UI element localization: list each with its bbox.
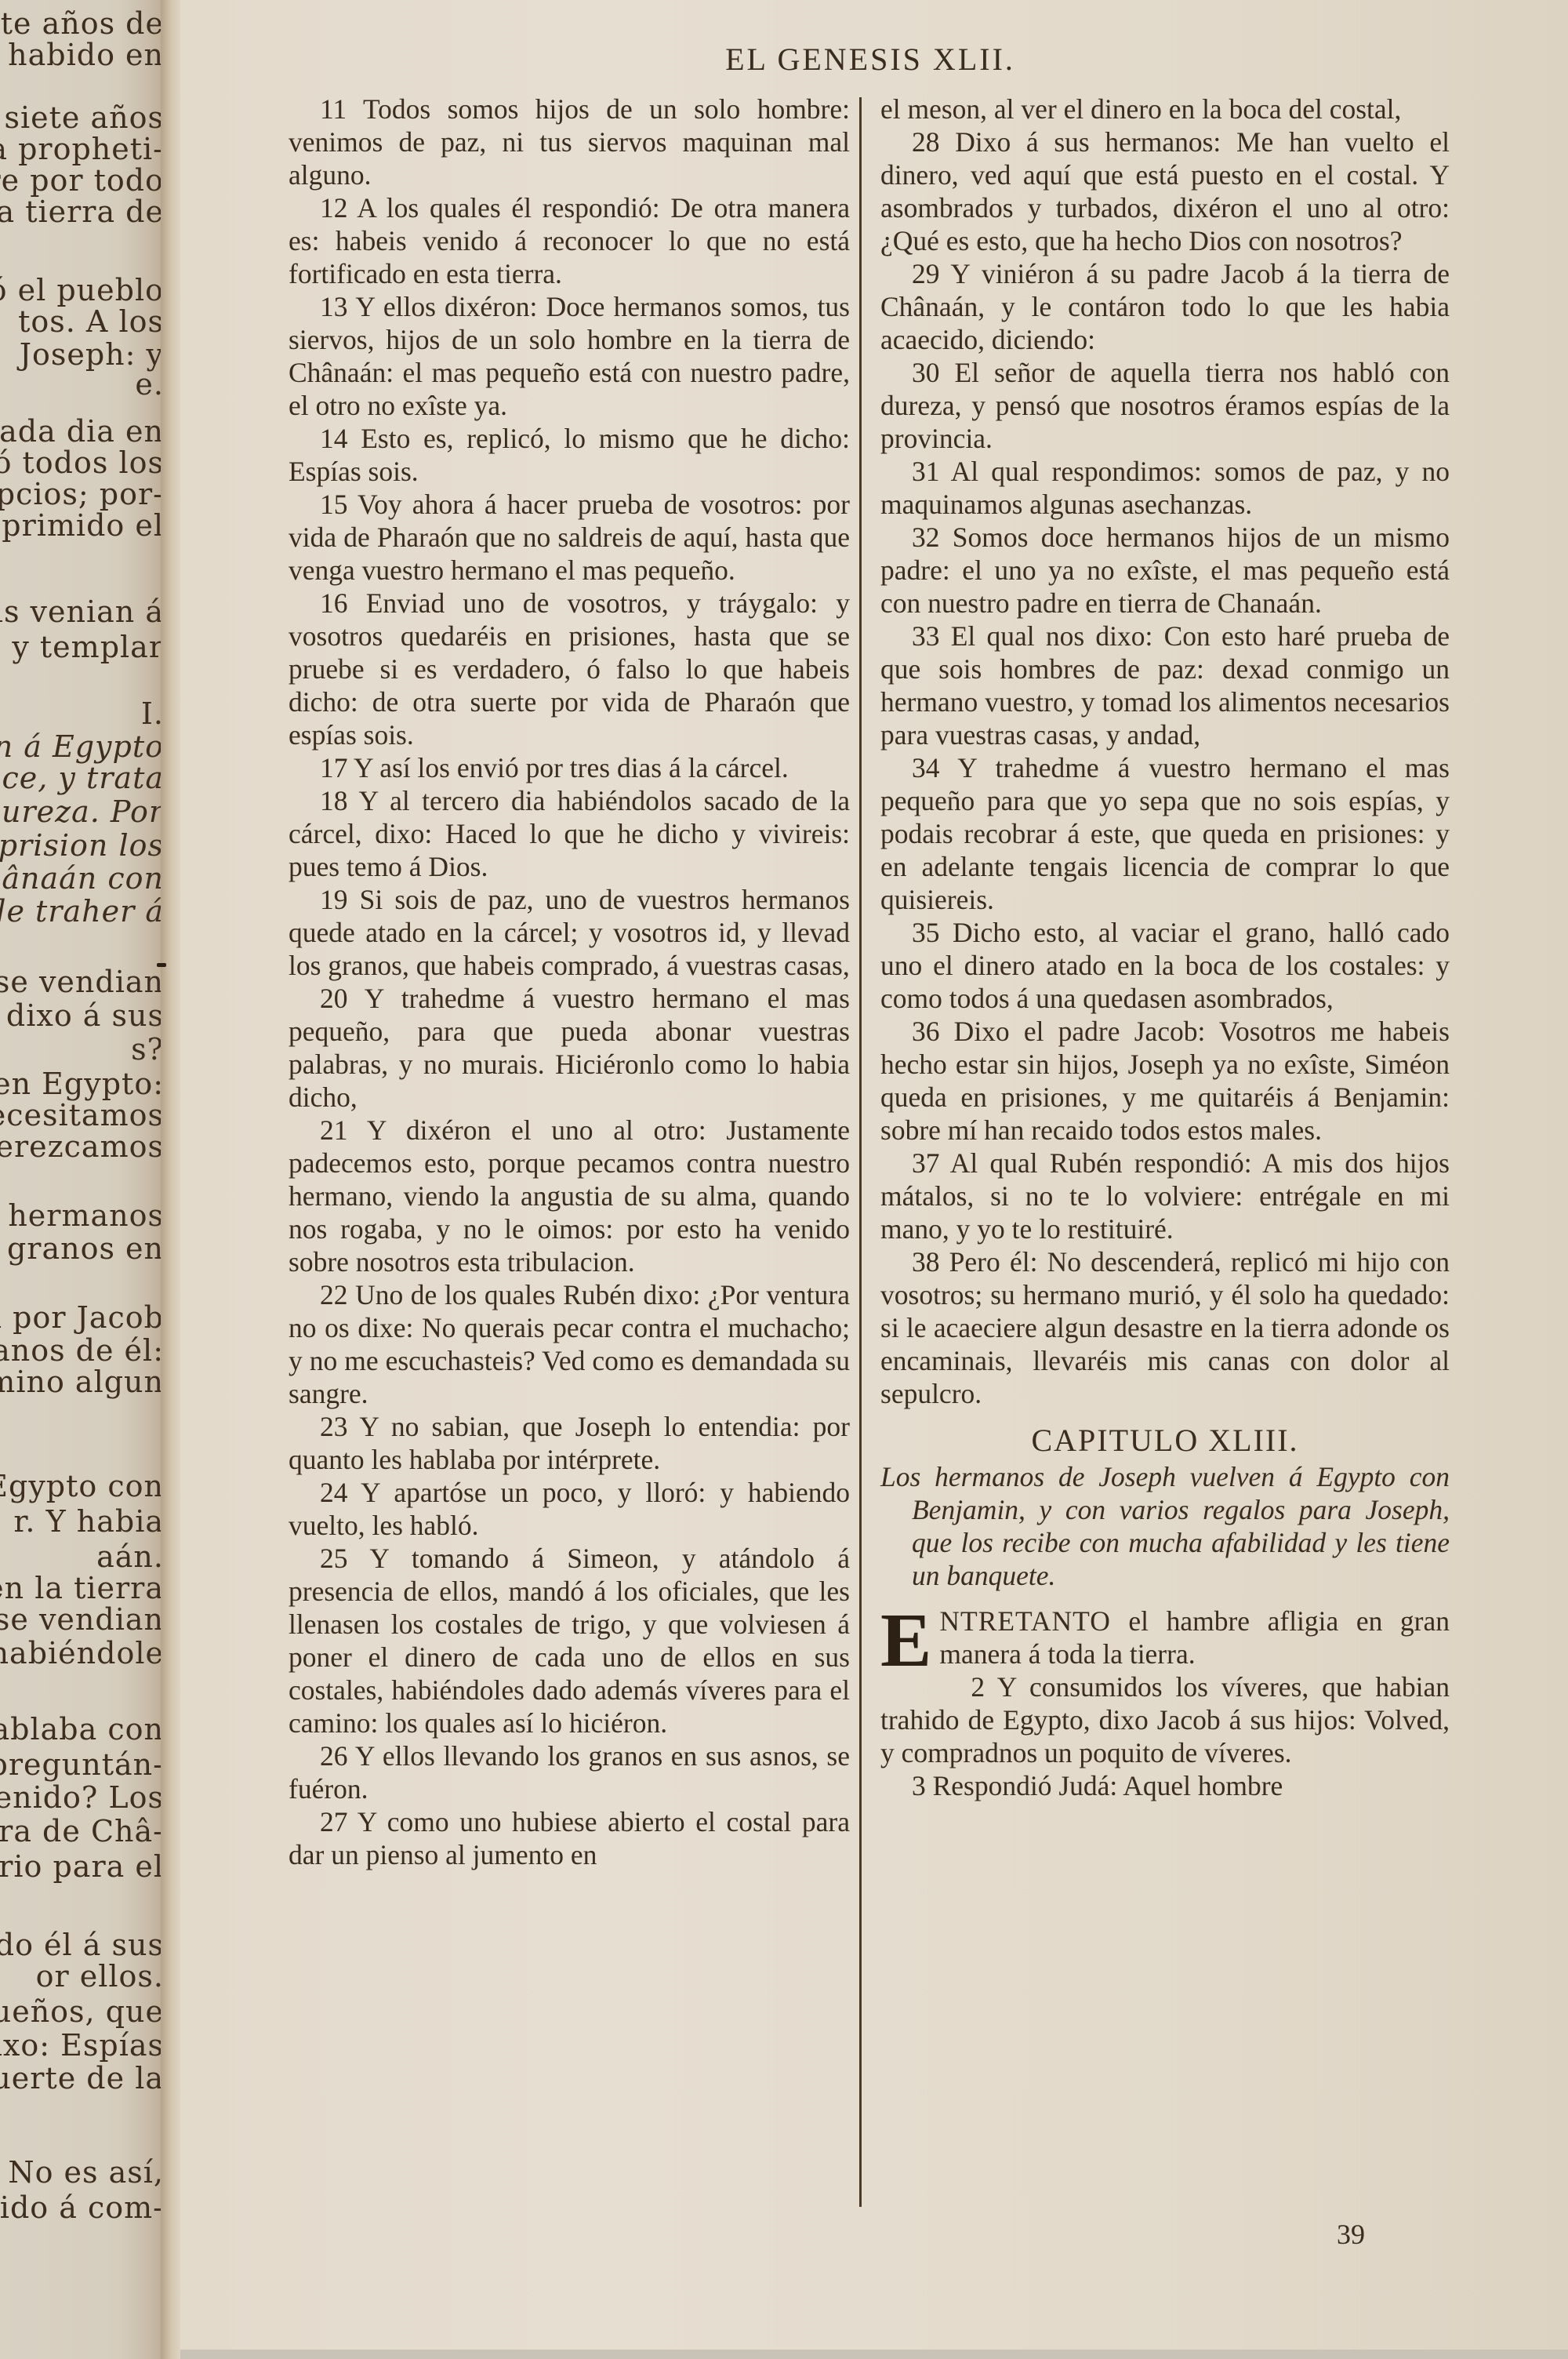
facing-page-line: or ellos. (36, 1961, 164, 1992)
verse: 13 Y ellos dixéron: Doce hermanos somos,… (289, 290, 850, 422)
facing-page-line: ya se vendian (0, 1604, 164, 1635)
facing-page-line: ypcios; por- (0, 478, 164, 510)
verse: 30 El señor de aquella tierra nos habló … (880, 356, 1450, 455)
verse: 23 Y no sabian, que Joseph lo entendia: … (289, 1410, 850, 1476)
facing-page-line: ada dia en (0, 416, 164, 447)
verse: 31 Al qual respondimos: somos de paz, y … (880, 455, 1450, 521)
verse: 21 Y dixéron el uno al otro: Justamente … (289, 1114, 850, 1278)
facing-page-line: as venian á (0, 596, 164, 627)
facing-page-line: o en Egypto: (0, 1068, 164, 1100)
running-head: EL GENESIS XLII. (713, 41, 1027, 78)
facing-page-line: mó el pueblo (0, 274, 164, 306)
verse: 26 Y ellos llevando los granos en sus as… (289, 1739, 850, 1805)
facing-page-line: dixo á sus (6, 1000, 164, 1031)
facing-page-line: Chânaán con (0, 863, 164, 894)
verse: 36 Dixo el padre Jacob: Vosotros me habe… (880, 1015, 1450, 1147)
facing-page-line: endo él á sus (0, 1929, 164, 1961)
facing-page-line: noce, y trata (0, 762, 164, 794)
facing-page-line: ia propheti- (0, 133, 164, 165)
facing-page-line: aán. (96, 1541, 164, 1572)
facing-page-line: s sueños, que (0, 1996, 164, 2027)
verse: 38 Pero él: No descenderá, replicó mi hi… (880, 1245, 1450, 1410)
facing-page-line: an á Egypto (0, 731, 164, 762)
opening-caps: NTRETANTO (939, 1605, 1110, 1637)
verse: 25 Y tomando á Simeon, y atándolo á pres… (289, 1542, 850, 1739)
verse: 28 Dixo á sus hermanos: Me han vuelto el… (880, 125, 1450, 257)
chapter-summary: Los hermanos de Joseph vuelven á Egypto … (880, 1460, 1450, 1592)
facing-page-line: s? (131, 1034, 164, 1065)
facing-page-line: e. (135, 369, 164, 400)
facing-page-line: te años de (1, 8, 164, 39)
facing-page-line: sario para el (0, 1851, 164, 1882)
facing-page-fragment: te años dehabido ens siete añosia prophe… (0, 0, 169, 2359)
facing-page-line: e necesitamos (0, 1100, 164, 1131)
facing-page-line: n prision los (0, 830, 164, 861)
verse: 27 Y como uno hubiese abierto el costal … (289, 1805, 850, 1871)
verse: 14 Esto es, replicó, lo mismo que he dic… (289, 422, 850, 488)
right-column: el meson, al ver el dinero en la boca de… (880, 93, 1450, 1802)
verse: 12 A los quales él respondió: De otra ma… (289, 191, 850, 290)
verse: 17 Y así los envió por tres dias á la cá… (289, 751, 850, 784)
verse: 15 Voy ahora á hacer prueba de vosotros:… (289, 488, 850, 587)
facing-page-line: granos en (7, 1233, 164, 1264)
column-rule (859, 97, 862, 2207)
verse: 22 Uno de los quales Rubén dixo: ¿Por ve… (289, 1278, 850, 1410)
facing-page-line: nin por Jacob (0, 1302, 164, 1333)
facing-page-line: Y habiéndole (0, 1637, 164, 1669)
verse: 24 Y apartóse un poco, y lloró: y habien… (289, 1476, 850, 1542)
verse: 35 Dicho esto, al vaciar el grano, halló… (880, 916, 1450, 1015)
facing-page-line: tos. A los (18, 306, 164, 337)
facing-page-line: habido en (8, 39, 164, 71)
ink-speck (157, 963, 166, 967)
verse: 3 Respondió Judá: Aquel hombre (880, 1769, 1450, 1802)
facing-page-line: e se vendian (0, 966, 164, 998)
facing-page-line: : No es así, (0, 2157, 164, 2188)
verse: 18 Y al tercero dia habiéndolos sacado d… (289, 784, 850, 883)
page-number: 39 (1337, 2218, 1365, 2251)
facing-page-line: ió todos los (0, 447, 164, 478)
facing-page-line: hablaba con (0, 1714, 164, 1745)
drop-cap-letter: E (880, 1608, 931, 1674)
facing-page-line: s siete años (0, 102, 164, 133)
facing-page-line: venido á com- (0, 2192, 164, 2223)
left-column: 11 Todos somos hijos de un solo hombre: … (289, 93, 850, 1871)
page-bottom-edge (180, 2350, 1568, 2359)
chapter-verse-list: 2 Y consumidos los víveres, que habian t… (880, 1670, 1450, 1802)
book-page: EL GENESIS XLII. 11 Todos somos hijos de… (180, 0, 1568, 2359)
verse: 20 Y trahedme á vuestro hermano el mas p… (289, 982, 850, 1114)
verse-continuation: el meson, al ver el dinero en la boca de… (880, 93, 1450, 125)
facing-page-line: a tierra de (0, 196, 164, 227)
verse: 11 Todos somos hijos de un solo hombre: … (289, 93, 850, 191)
verse: 32 Somos doce hermanos hijos de un mismo… (880, 521, 1450, 620)
chapter-title: CAPITULO XLIII. (880, 1424, 1450, 1457)
facing-page-line: s fuerte de la (0, 2063, 164, 2094)
verse-list: 28 Dixo á sus hermanos: Me han vuelto el… (880, 125, 1450, 1410)
verse: 37 Al qual Rubén respondió: A mis dos hi… (880, 1147, 1450, 1245)
facing-page-line: n de traher á (0, 896, 164, 927)
facing-page-line: re por todo (0, 165, 164, 196)
verse: 29 Y viniéron á su padre Jacob á la tier… (880, 257, 1450, 356)
facing-page-line: os, y templar (0, 631, 164, 663)
facing-page-line: camino algun (0, 1366, 164, 1398)
facing-page-line: nanos de él: (0, 1335, 164, 1366)
facing-page-line: s, preguntán- (0, 1749, 164, 1780)
facing-page-line: o perezcamos (0, 1131, 164, 1162)
verse: 34 Y trahedme á vuestro hermano el mas p… (880, 751, 1450, 916)
verse: 16 Enviad uno de vosotros, y tráygalo: y… (289, 587, 850, 751)
facing-page-line: e Egypto con (0, 1470, 164, 1502)
facing-page-line: ierra de Châ- (0, 1816, 164, 1847)
facing-page-line: ureza. Por (2, 796, 164, 827)
verse: 19 Si sois de paz, uno de vuestros herma… (289, 883, 850, 982)
facing-page-line: Joseph: y (20, 339, 164, 370)
facing-page-line: ez hermanos (0, 1200, 164, 1231)
facing-page-line: oprimido el (0, 510, 164, 541)
facing-page-line: be en la tierra (0, 1572, 164, 1604)
facing-page-line: dixo: Espías (0, 2030, 164, 2061)
verse: 2 Y consumidos los víveres, que habian t… (880, 1670, 1450, 1769)
chapter-opening-paragraph: ENTRETANTO el hambre afligia en gran man… (880, 1605, 1450, 1670)
facing-page-line: r. Y habia (13, 1506, 164, 1537)
verse: 33 El qual nos dixo: Con esto haré prueb… (880, 620, 1450, 751)
facing-page-line: venido? Los (0, 1782, 164, 1813)
